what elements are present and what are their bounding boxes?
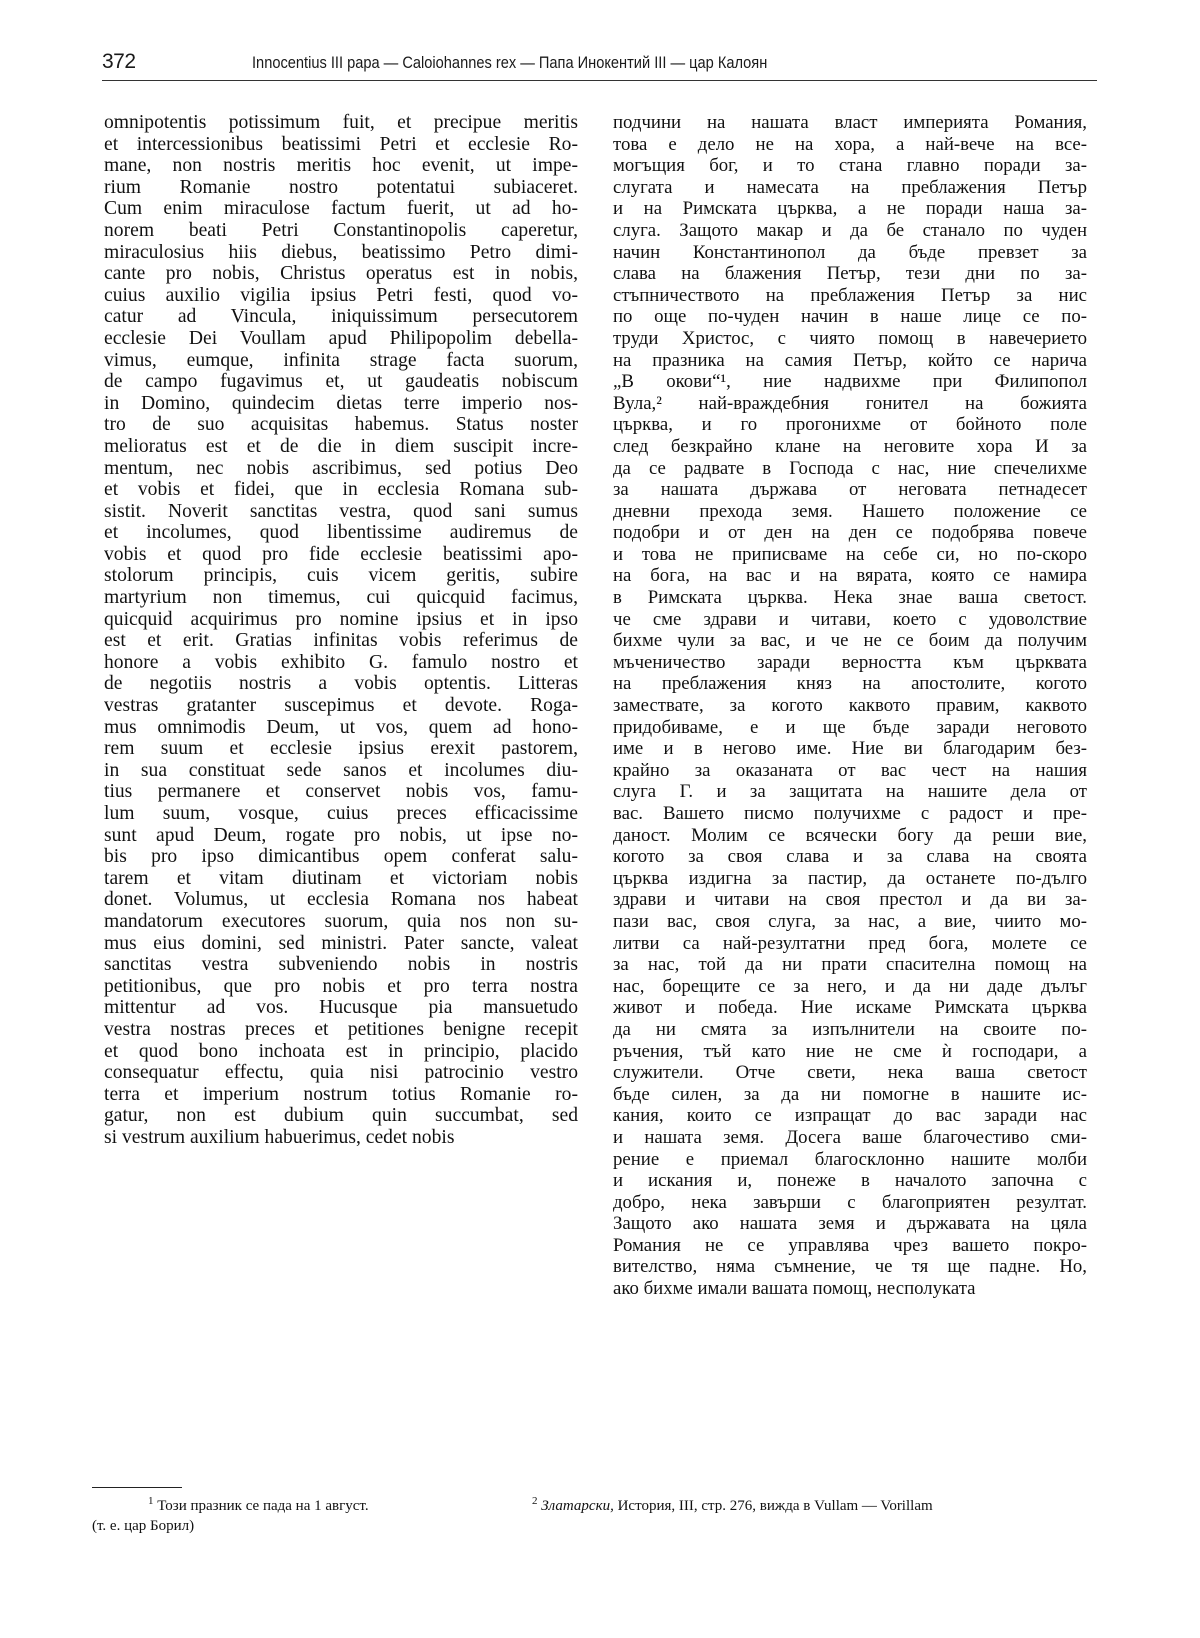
text-line: могъщия бог, и то стана главно поради за… xyxy=(613,155,1087,177)
text-line: да се радвате в Господа с нас, ние спече… xyxy=(613,458,1087,480)
text-line: когото за своя слава и за слава на своят… xyxy=(613,846,1087,868)
footnote-marker: 2 xyxy=(532,1495,538,1507)
text-line: слава на блажения Петър, тези дни по за- xyxy=(613,263,1087,285)
footnote-1: 1 Този празник се пада на 1 август. (т. … xyxy=(92,1496,492,1536)
text-line: catur ad Vincula, iniquissimum persecuto… xyxy=(104,306,578,328)
text-line: omnipotentis potissimum fuit, et precipu… xyxy=(104,112,578,134)
text-line: по още по-чуден начин в наше лице се по- xyxy=(613,306,1087,328)
text-line: tro de suo acquisitas habemus. Status no… xyxy=(104,414,578,436)
text-line: stolorum principis, cuis vicem geritis, … xyxy=(104,565,578,587)
text-line: слуга. Защото макар и да бе станало по ч… xyxy=(613,220,1087,242)
text-line: norem beati Petri Constantinopolis caper… xyxy=(104,220,578,242)
text-line: et incolumes, quod libentissime audiremu… xyxy=(104,522,578,544)
text-line: rium Romanie nostro potentatui subiacere… xyxy=(104,177,578,199)
text-line: и това не приписваме на себе си, но по-с… xyxy=(613,544,1087,566)
text-line: даност. Молим се всячески богу да реши в… xyxy=(613,825,1087,847)
text-line: mus eius domini, sed ministri. Pater san… xyxy=(104,933,578,955)
text-line: lum suum, vosque, cuius preces efficacis… xyxy=(104,803,578,825)
text-line: de campo fugavimus et, ut gaudeatis nobi… xyxy=(104,371,578,393)
text-line: vestra nostras preces et petitiones beni… xyxy=(104,1019,578,1041)
text-line: слуга Г. и за защитата на нашите дела от xyxy=(613,781,1087,803)
text-line: melioratus est et de die in diem suscipi… xyxy=(104,436,578,458)
text-line: vestras gratanter suscepimus et devote. … xyxy=(104,695,578,717)
text-line: и нашата земя. Досега ваше благочестиво … xyxy=(613,1127,1087,1149)
text-line: consequatur effectu, quia nisi patrocini… xyxy=(104,1062,578,1084)
text-line: et quod bono inchoata est in principio, … xyxy=(104,1041,578,1063)
text-line: cuius auxilio vigilia ipsius Petri festi… xyxy=(104,285,578,307)
text-line: вителство, няма съмнение, че тя ще падне… xyxy=(613,1256,1087,1278)
page-header: 372 Innocentius III papa — Caloiohannes … xyxy=(102,50,1092,80)
text-line: дневни прехода земя. Нашето положение се xyxy=(613,501,1087,523)
text-line: име и в негово име. Ние ви благодарим бе… xyxy=(613,738,1087,760)
text-line: църква издигна за пастир, да останете по… xyxy=(613,868,1087,890)
text-line: in sua constituat sede sanos et incolume… xyxy=(104,760,578,782)
text-line: вас. Вашето писмо получихме с радост и п… xyxy=(613,803,1087,825)
text-line: rem suum et ecclesie ipsius erexit pasto… xyxy=(104,738,578,760)
text-line: в Римската църква. Нека знае ваша светос… xyxy=(613,587,1087,609)
text-line: „В окови“¹, ние надвихме при Филипопол xyxy=(613,371,1087,393)
footnote-marker: 1 xyxy=(148,1495,154,1507)
text-line: да ни смята за изпълнители на своите по- xyxy=(613,1019,1087,1041)
footnote-text: Този празник се пада на 1 август. xyxy=(157,1498,368,1514)
text-line: че сме здрави и читави, което с удоволст… xyxy=(613,609,1087,631)
text-line: sistit. Noverit sanctitas vestra, quod s… xyxy=(104,501,578,523)
text-line: terra et imperium nostrum totius Romanie… xyxy=(104,1084,578,1106)
text-line: est et erit. Gratias infinitas vobis ref… xyxy=(104,630,578,652)
text-line: начин Константинопол да бъде превзет за xyxy=(613,242,1087,264)
text-line: здрави и читави на своя престол и да ви … xyxy=(613,889,1087,911)
text-line: cante pro nobis, Christus operatus est i… xyxy=(104,263,578,285)
text-line: бъде силен, за да ни помогне в нашите ис… xyxy=(613,1084,1087,1106)
text-line: et vobis et fidei, que in ecclesia Roman… xyxy=(104,479,578,501)
text-line: petitionibus, que pro nobis et pro terra… xyxy=(104,976,578,998)
text-line: ако бихме имали вашата помощ, несполукат… xyxy=(613,1278,1087,1300)
text-line: рение е приемал благосклонно нашите молб… xyxy=(613,1149,1087,1171)
text-line: замествате, за когото каквото правим, ка… xyxy=(613,695,1087,717)
text-line: след безкрайно клане на неговите хора И … xyxy=(613,436,1087,458)
text-line: mus omnimodis Deum, ut vos, quem ad hono… xyxy=(104,717,578,739)
text-line: Вула,² най-враждебния гонител на божията xyxy=(613,393,1087,415)
text-line: Cum enim miraculose factum fuerit, ut ad… xyxy=(104,198,578,220)
text-line: на бога, на вас и на вярата, която се на… xyxy=(613,565,1087,587)
text-line: придобиваме, е и ще бъде заради неговото xyxy=(613,717,1087,739)
bulgarian-column: подчини на нашата власт империята Романи… xyxy=(613,112,1087,1300)
text-line: на празника на самия Петър, който се нар… xyxy=(613,350,1087,372)
text-line: и на Римската църква, а не поради наша з… xyxy=(613,198,1087,220)
text-line: si vestrum auxilium habuerimus, cedet no… xyxy=(104,1127,578,1149)
text-line: martyrium non timemus, cui quicquid faci… xyxy=(104,587,578,609)
text-line: in Domino, quindecim dietas terre imperi… xyxy=(104,393,578,415)
footnote-2: 2 Златарски, История, III, стр. 276, виж… xyxy=(532,1496,1102,1516)
text-line: tius permanere et conservet nobis vos, f… xyxy=(104,781,578,803)
footnote-text-continued: (т. е. цар Борил) xyxy=(92,1516,492,1536)
text-line: vobis et quod pro fide ecclesie beatissi… xyxy=(104,544,578,566)
footnote-rule xyxy=(92,1487,182,1488)
text-line: и искания и, понеже в началото започна с xyxy=(613,1170,1087,1192)
text-line: живот и победа. Ние искаме Римската църк… xyxy=(613,997,1087,1019)
text-line: mittentur ad vos. Hucusque pia mansuetud… xyxy=(104,997,578,1019)
header-rule xyxy=(102,80,1097,81)
running-head: Innocentius III papa — Caloiohannes rex … xyxy=(252,53,767,73)
text-line: кания, които се изпращат до вас заради н… xyxy=(613,1105,1087,1127)
text-line: de negotiis nostris a vobis optentis. Li… xyxy=(104,673,578,695)
text-line: нас, борещите се за него, и да ни даде д… xyxy=(613,976,1087,998)
text-line: ръчения, тъй като ние не сме ѝ господари… xyxy=(613,1041,1087,1063)
footnote-author: Златарски, xyxy=(541,1498,614,1514)
text-line: Романия не се управлява чрез вашето покр… xyxy=(613,1235,1087,1257)
text-line: литви са най-резултатни пред бога, молет… xyxy=(613,933,1087,955)
text-line: bis pro ipso dimicantibus opem conferat … xyxy=(104,846,578,868)
text-line: tarem et vitam diutinam et victoriam nob… xyxy=(104,868,578,890)
text-line: крайно за оказаната от вас чест на нашия xyxy=(613,760,1087,782)
latin-column: omnipotentis potissimum fuit, et precipu… xyxy=(104,112,578,1149)
text-line: стъпничеството на преблажения Петър за н… xyxy=(613,285,1087,307)
text-line: vimus, eumque, infinita strage facta suo… xyxy=(104,350,578,372)
text-line: за нашата държава от неговата петнадесет xyxy=(613,479,1087,501)
text-line: ecclesie Dei Voullam apud Philipopolim d… xyxy=(104,328,578,350)
text-line: добро, нека завърши с благоприятен резул… xyxy=(613,1192,1087,1214)
text-line: служители. Отче свети, нека ваша светост xyxy=(613,1062,1087,1084)
text-line: на преблажения княз на апостолите, когот… xyxy=(613,673,1087,695)
text-line: това е дело не на хора, а най-вече на вс… xyxy=(613,134,1087,156)
text-line: бихме чули за вас, и че не се боим да по… xyxy=(613,630,1087,652)
text-line: gatur, non est dubium quin succumbat, se… xyxy=(104,1105,578,1127)
text-line: sunt apud Deum, rogate pro nobis, ut ips… xyxy=(104,825,578,847)
text-line: miraculosius hiis diebus, beatissimo Pet… xyxy=(104,242,578,264)
text-line: слугата и намесата на преблажения Петър xyxy=(613,177,1087,199)
text-line: подчини на нашата власт империята Романи… xyxy=(613,112,1087,134)
text-line: пази вас, своя слуга, за нас, а вие, чии… xyxy=(613,911,1087,933)
text-line: honore a vobis exhibito G. famulo nostro… xyxy=(104,652,578,674)
text-line: за нас, той да ни прати спасителна помощ… xyxy=(613,954,1087,976)
text-line: труди Христос, с чиято помощ в навечерие… xyxy=(613,328,1087,350)
text-line: църква, и го прогонихме от бойното поле xyxy=(613,414,1087,436)
text-line: Защото ако нашата земя и държавата на ця… xyxy=(613,1213,1087,1235)
text-line: et intercessionibus beatissimi Petri et … xyxy=(104,134,578,156)
text-line: подобри и от ден на ден се подобрява пов… xyxy=(613,522,1087,544)
page-number: 372 xyxy=(102,50,136,74)
text-line: sanctitas vestra subveniendo nobis in no… xyxy=(104,954,578,976)
text-line: mandatorum executores suorum, quia nos n… xyxy=(104,911,578,933)
footnote-text: История, III, стр. 276, вижда в Vullam —… xyxy=(614,1498,933,1514)
text-line: quicquid acquirimus pro nomine ipsius et… xyxy=(104,609,578,631)
text-line: donet. Volumus, ut ecclesia Romana nos h… xyxy=(104,889,578,911)
text-line: mentum, nec nobis ascribimus, sed potius… xyxy=(104,458,578,480)
text-line: mane, non nostris meritis hoc evenit, ut… xyxy=(104,155,578,177)
text-line: мъченичество заради верността към църква… xyxy=(613,652,1087,674)
